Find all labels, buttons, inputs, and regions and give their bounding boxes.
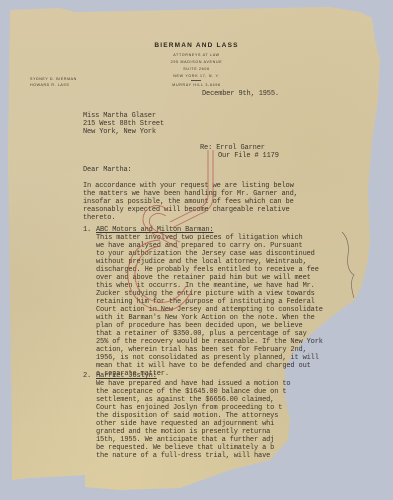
letterhead-line: ATTORNEYS AT LAW <box>0 53 393 57</box>
item-number: 2. <box>83 372 91 381</box>
letterhead-firm-name: BIERMAN AND LASS <box>0 42 393 49</box>
reference-file: Our File # 1179 <box>218 152 279 161</box>
letterhead-partner: HOWARD R. LASS <box>30 83 69 87</box>
letterhead-divider <box>191 80 201 81</box>
letterhead-partner: SYDNEY D. BIERMAN <box>30 77 77 81</box>
item-number: 1. <box>83 226 91 235</box>
letterhead-line: SUITE 2606 <box>0 67 393 71</box>
text-line: thereto. <box>83 214 115 223</box>
text-line: the nature of a full-dress trial, will h… <box>96 452 270 461</box>
letter-date: December 9th, 1955. <box>202 90 279 99</box>
letterhead-line: 295 MADISON AVENUE <box>0 60 393 64</box>
salutation: Dear Martha: <box>83 166 132 175</box>
recipient-city: New York, New York <box>83 128 156 137</box>
